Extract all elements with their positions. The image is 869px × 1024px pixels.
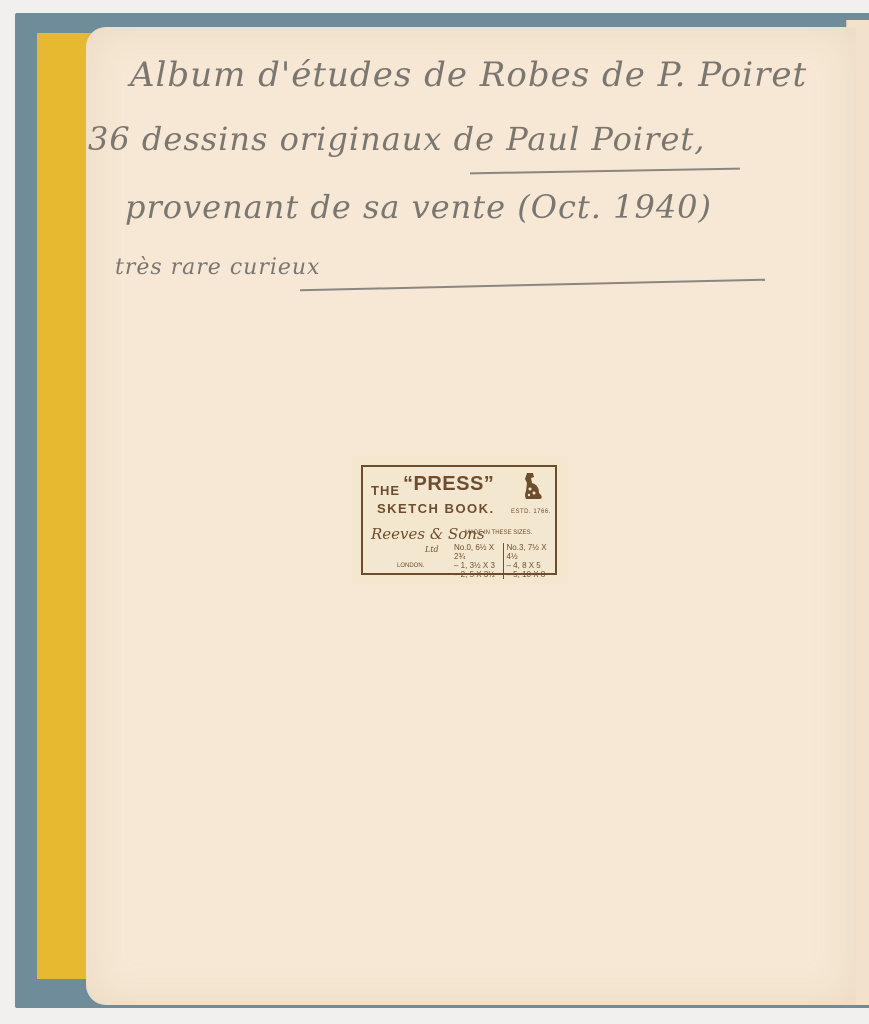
label-city: LONDON.: [397, 563, 424, 569]
dog-icon: [521, 471, 545, 501]
handwriting-line-1: Album d'études de Robes de P. Poiret: [130, 55, 807, 95]
label-sketch-book: SKETCH BOOK.: [377, 501, 495, 516]
label-press: “PRESS”: [403, 473, 494, 496]
label-made-in: MADE IN THESE SIZES.: [465, 530, 532, 536]
size-row: – 1, 3½ X 3: [454, 561, 500, 570]
size-row: – 2, 5 X 3½: [454, 570, 500, 579]
size-row: – 5, 10 X 8: [507, 570, 553, 579]
handwriting-line-4: très rare curieux: [115, 255, 320, 280]
handwriting-line-3: provenant de sa vente (Oct. 1940): [125, 188, 712, 226]
size-row: No.0, 6½ X 2¾: [454, 543, 500, 561]
label-estd: ESTD. 1766.: [511, 509, 551, 515]
handwriting-line-2: 36 dessins originaux de Paul Poiret,: [88, 120, 705, 158]
size-row: – 4, 8 X 5: [507, 561, 553, 570]
size-row: No.3, 7½ X 4½: [507, 543, 553, 561]
sizes-table: No.0, 6½ X 2¾ – 1, 3½ X 3 – 2, 5 X 3½ No…: [451, 543, 555, 579]
label-the: THE: [371, 483, 400, 498]
label-ltd: Ltd: [425, 545, 439, 554]
sketchbook-label: THE “PRESS” SKETCH BOOK. ESTD. 1766. Ree…: [351, 456, 567, 584]
